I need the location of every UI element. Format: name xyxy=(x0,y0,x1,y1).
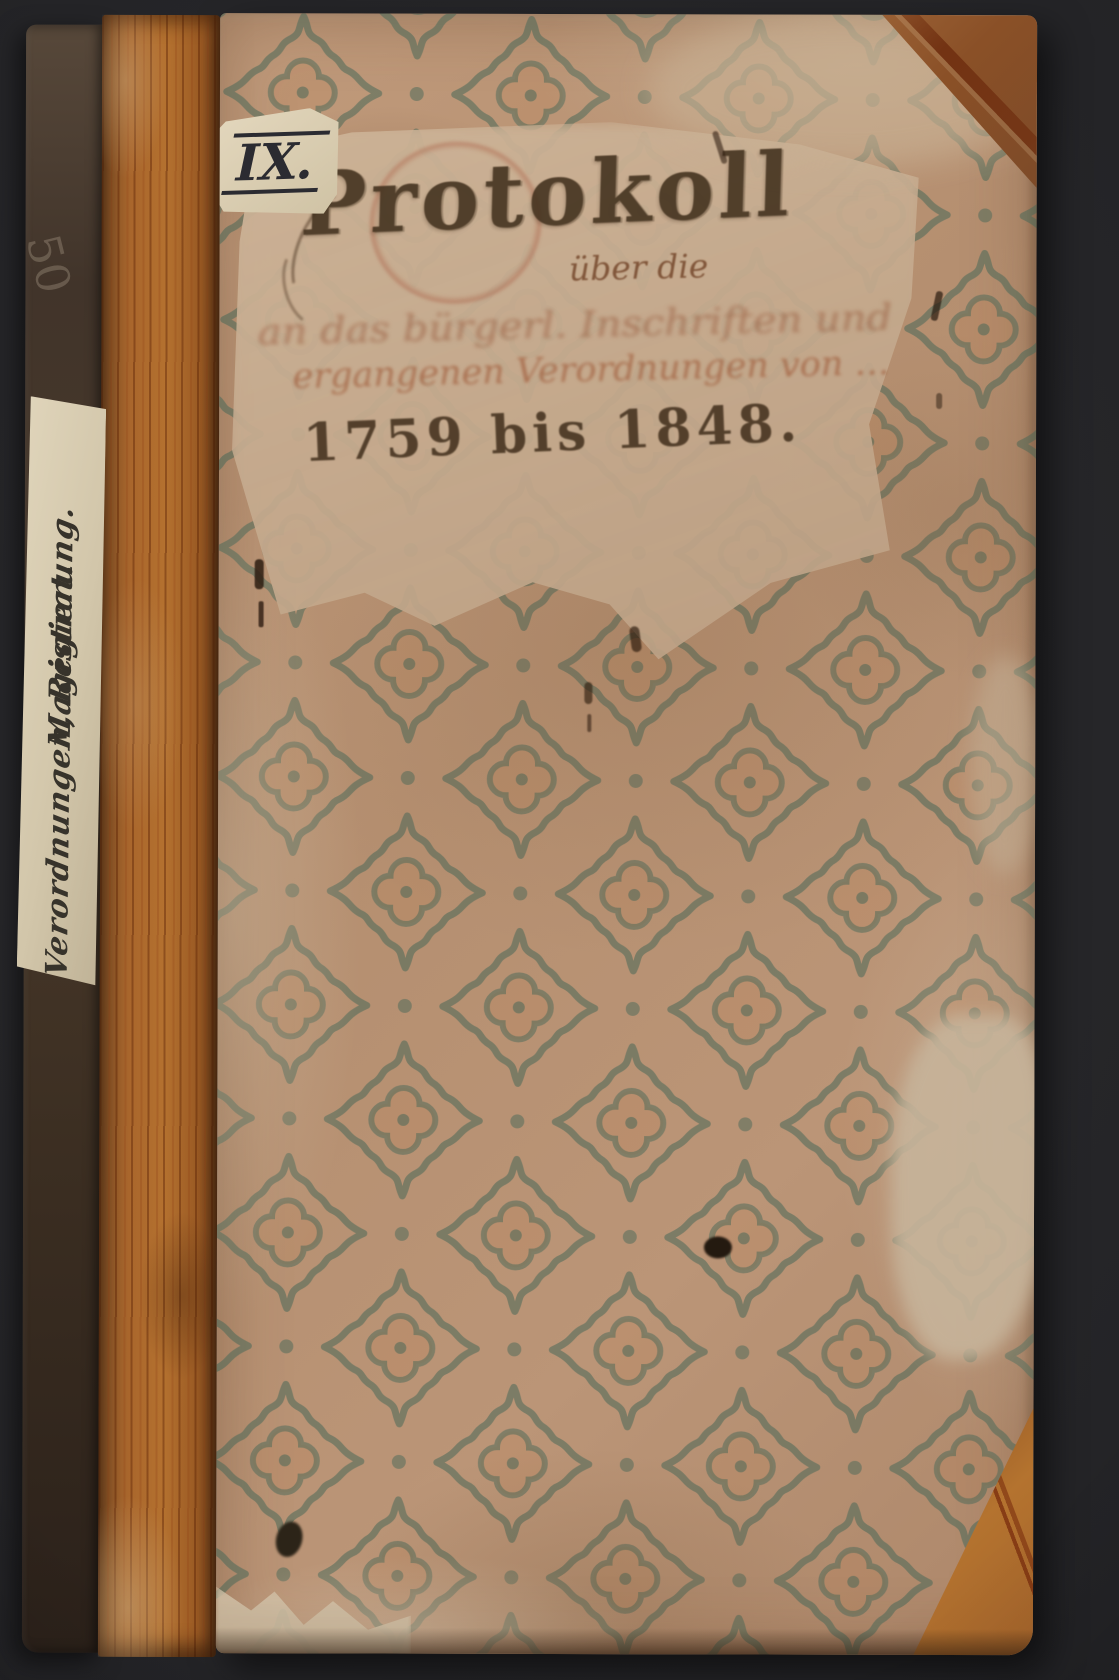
ink-mark xyxy=(255,559,264,589)
spine-chalk-mark: 50 xyxy=(16,229,82,299)
front-cover-board: Protokoll über die an das bürgerl. Insch… xyxy=(216,13,1037,1655)
spine-leather-band xyxy=(98,15,220,1657)
worn-area-right-edge xyxy=(891,1015,1038,1360)
spine-paper-label: Verordnungen, Regierung. Magistrat. xyxy=(16,396,106,991)
spine-label-text: Verordnungen, Regierung. Magistrat. xyxy=(40,407,83,980)
spine-label-line1: Verordnungen, Regierung. xyxy=(40,503,82,981)
ink-spot xyxy=(704,1236,732,1258)
leather-wear-texture xyxy=(98,15,220,1657)
ink-mark xyxy=(936,393,942,409)
cover-bottom-shadow-edge xyxy=(216,1627,1033,1655)
book-cover-photo: 50 Verordnungen, Regierung. Magistrat. xyxy=(0,0,1119,1680)
photo-stage: 50 Verordnungen, Regierung. Magistrat. xyxy=(0,0,1119,1680)
worn-area-right-edge-small xyxy=(969,655,1037,875)
shelfmark-text: IX. xyxy=(221,130,330,194)
ink-mark xyxy=(584,682,592,704)
shelfmark-label: IX. xyxy=(216,107,342,217)
